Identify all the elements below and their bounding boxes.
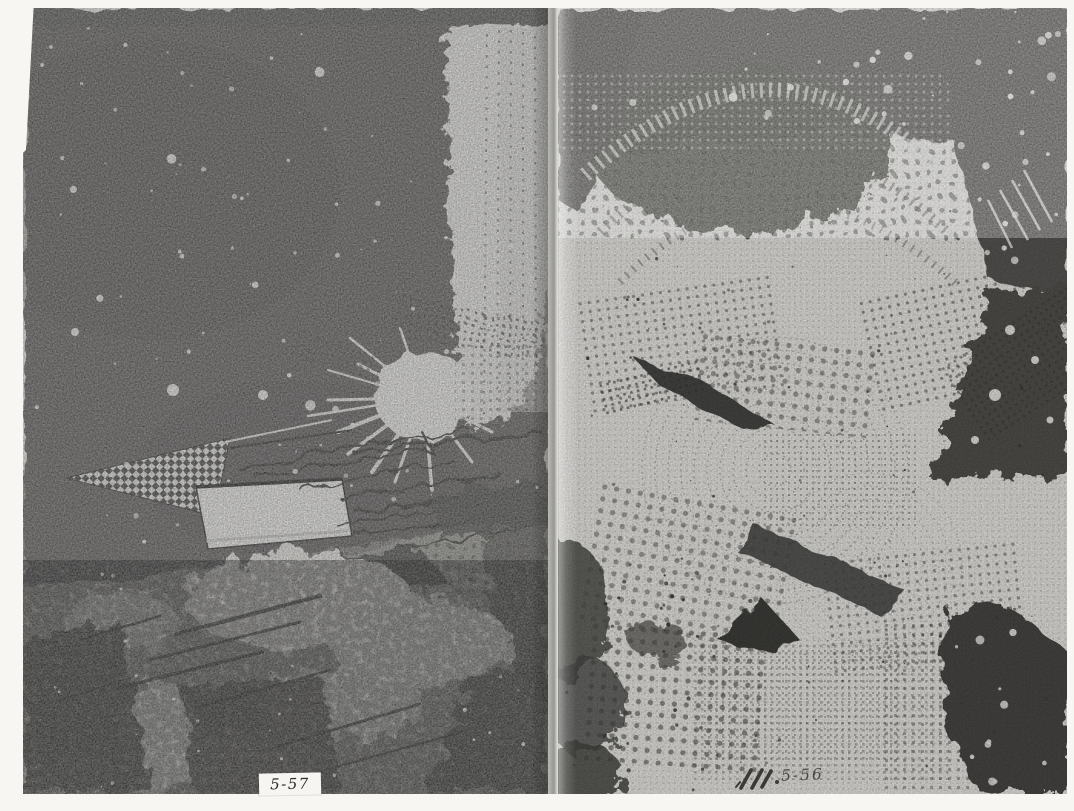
left-page-illustration bbox=[0, 6, 562, 800]
right-page-illustration bbox=[520, 8, 1074, 802]
halftone-illustration bbox=[0, 0, 1074, 811]
right-page-number-label: 5-56 bbox=[781, 765, 824, 784]
right-page-number: 5-56 bbox=[781, 765, 824, 784]
scanned-book-spread: 5-57 5-56 bbox=[0, 0, 1074, 811]
left-page-number: 5-57 bbox=[270, 775, 310, 794]
book-gutter-shadow bbox=[532, 0, 576, 811]
left-page-number-label: 5-57 bbox=[259, 772, 321, 795]
